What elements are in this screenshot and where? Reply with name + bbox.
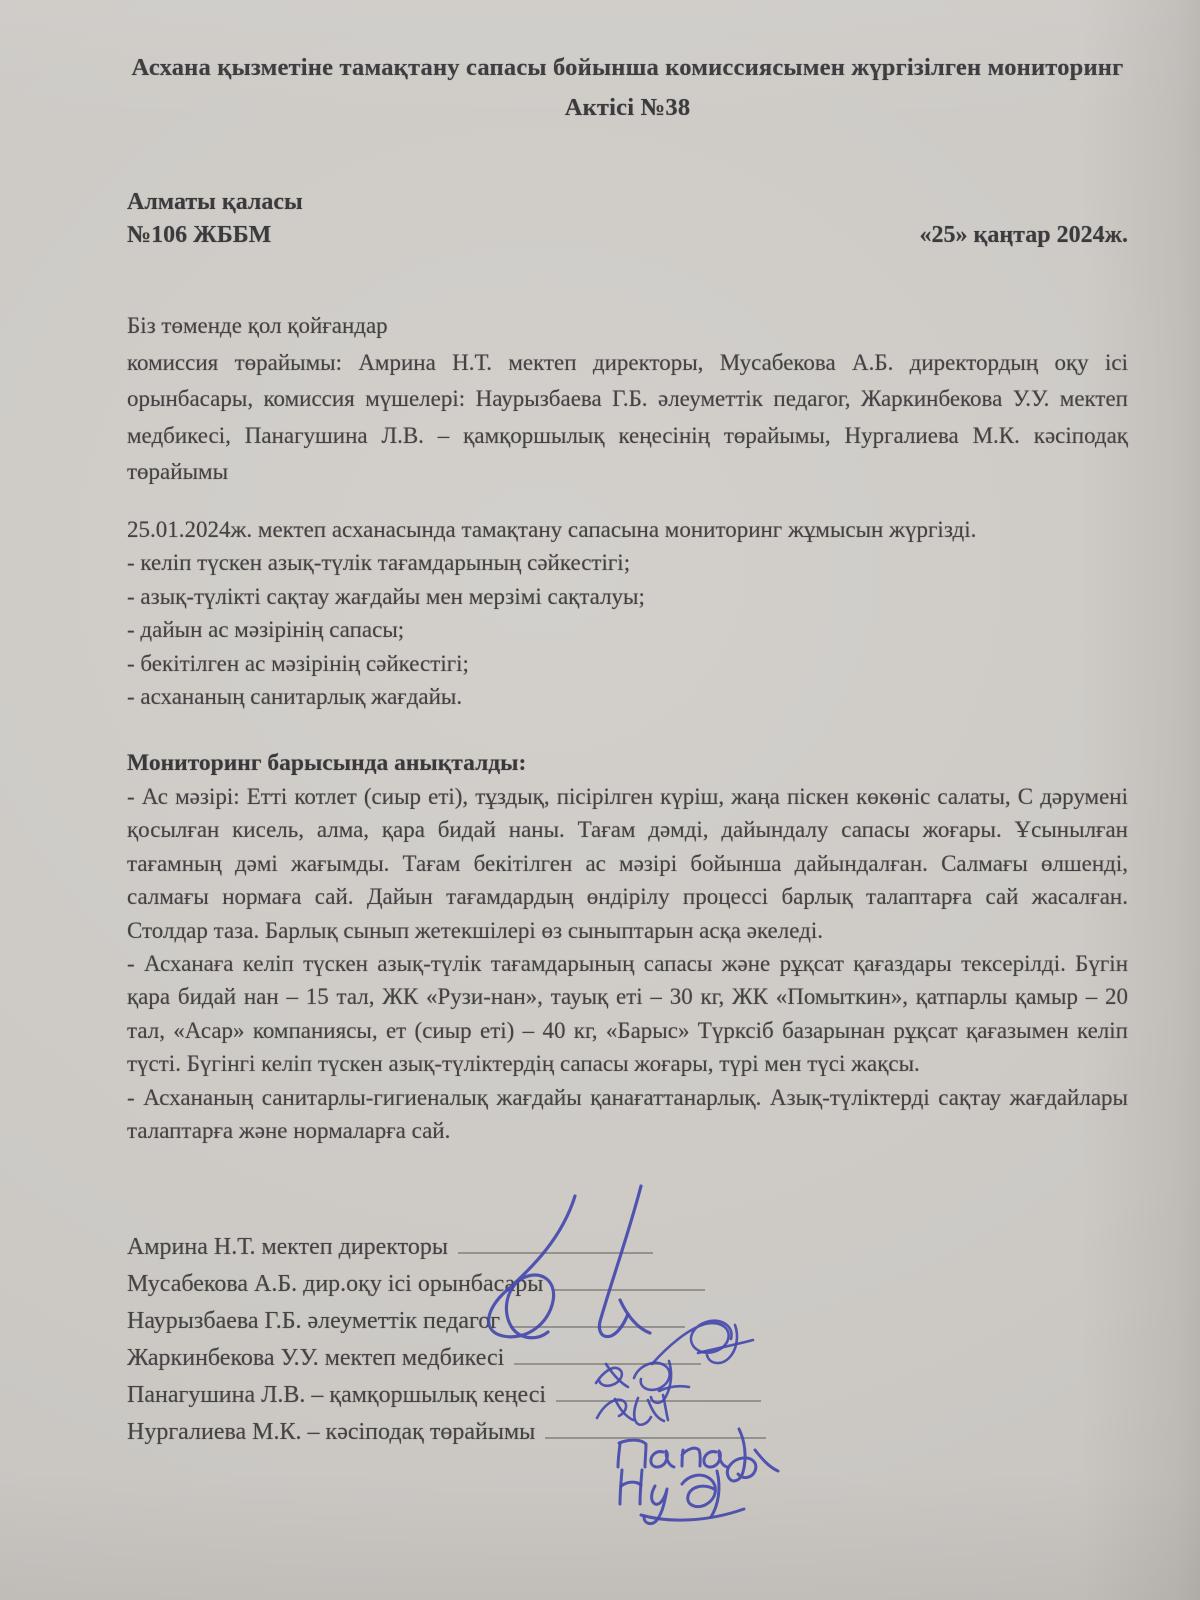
document-title-line2: Актісі №38 xyxy=(127,88,1128,128)
checklist-item: - келіп түскен азық-түлік тағамдарының с… xyxy=(127,546,1128,580)
checklist-item: - дайын ас мәзірінің сапасы; xyxy=(127,613,1128,647)
signature-line xyxy=(553,1286,705,1291)
findings-paragraph: - Асханаға келіп түскен азық-түлік тағам… xyxy=(127,947,1128,1081)
intro-line: Біз төменде қол қойғандар xyxy=(127,313,388,338)
document-date: «25» қаңтар 2024ж. xyxy=(920,219,1129,252)
signature-label: Амрина Н.Т. мектеп директоры xyxy=(127,1229,448,1266)
findings-paragraph: - Асхананың санитарлы-гигиеналық жағдайы… xyxy=(127,1081,1128,1148)
monitoring-block: 25.01.2024ж. мектеп асханасында тамақтан… xyxy=(127,513,1128,714)
signature-row: Мусабекова А.Б. дир.оқу ісі орынбасары xyxy=(127,1266,1128,1303)
commission-paragraph: Біз төменде қол қойғандаркомиссия төрайы… xyxy=(127,308,1128,491)
commission-members: комиссия төрайымы: Амрина Н.Т. мектеп ди… xyxy=(127,350,1128,485)
signature-label: Мусабекова А.Б. дир.оқу ісі орынбасары xyxy=(127,1266,543,1303)
findings-heading: Мониторинг барысында анықталды: xyxy=(127,746,1128,780)
address-block: Алматы қаласы №106 ЖББМ «25» қаңтар 2024… xyxy=(127,186,1128,252)
document-page: Асхана қызметіне тамақтану сапасы бойынш… xyxy=(0,0,1200,1600)
signature-line xyxy=(514,1360,701,1365)
signature-row: Наурызбаева Г.Б. әлеуметтік педагог xyxy=(127,1303,1128,1340)
signature-line xyxy=(458,1249,653,1254)
school-number: №106 ЖББМ xyxy=(127,219,271,252)
findings-paragraph: - Ас мәзірі: Етті котлет (сиыр еті), тұз… xyxy=(127,780,1128,947)
signature-label: Нургалиева М.К. – кәсіподақ төрайымы xyxy=(127,1414,535,1451)
checklist-item: - асхананың санитарлық жағдайы. xyxy=(127,680,1128,714)
document-title-line1: Асхана қызметіне тамақтану сапасы бойынш… xyxy=(127,48,1128,88)
signature-row: Панагушина Л.В. – қамқоршылық кеңесі xyxy=(127,1377,1128,1414)
signature-line xyxy=(556,1397,761,1402)
signature-row: Нургалиева М.К. – кәсіподақ төрайымы xyxy=(127,1414,1128,1451)
signature-block: Амрина Н.Т. мектеп директоры Мусабекова … xyxy=(127,1229,1128,1451)
checklist-item: - бекітілген ас мәзірінің сәйкестігі; xyxy=(127,647,1128,681)
signature-row: Амрина Н.Т. мектеп директоры xyxy=(127,1229,1128,1266)
signature-line xyxy=(510,1323,685,1328)
signature-line xyxy=(545,1434,766,1439)
checklist-item: - азық-түлікті сақтау жағдайы мен мерзім… xyxy=(127,580,1128,614)
signature-label: Панагушина Л.В. – қамқоршылық кеңесі xyxy=(127,1377,546,1414)
signature-row: Жаркинбекова У.У. мектеп медбикесі xyxy=(127,1340,1128,1377)
signature-label: Жаркинбекова У.У. мектеп медбикесі xyxy=(127,1340,504,1377)
findings-section: - Ас мәзірі: Етті котлет (сиыр еті), тұз… xyxy=(127,780,1128,1147)
city-line: Алматы қаласы xyxy=(127,186,1128,219)
monitoring-intro: 25.01.2024ж. мектеп асханасында тамақтан… xyxy=(127,513,1128,547)
signature-label: Наурызбаева Г.Б. әлеуметтік педагог xyxy=(127,1303,500,1340)
document-title: Асхана қызметіне тамақтану сапасы бойынш… xyxy=(127,48,1128,128)
